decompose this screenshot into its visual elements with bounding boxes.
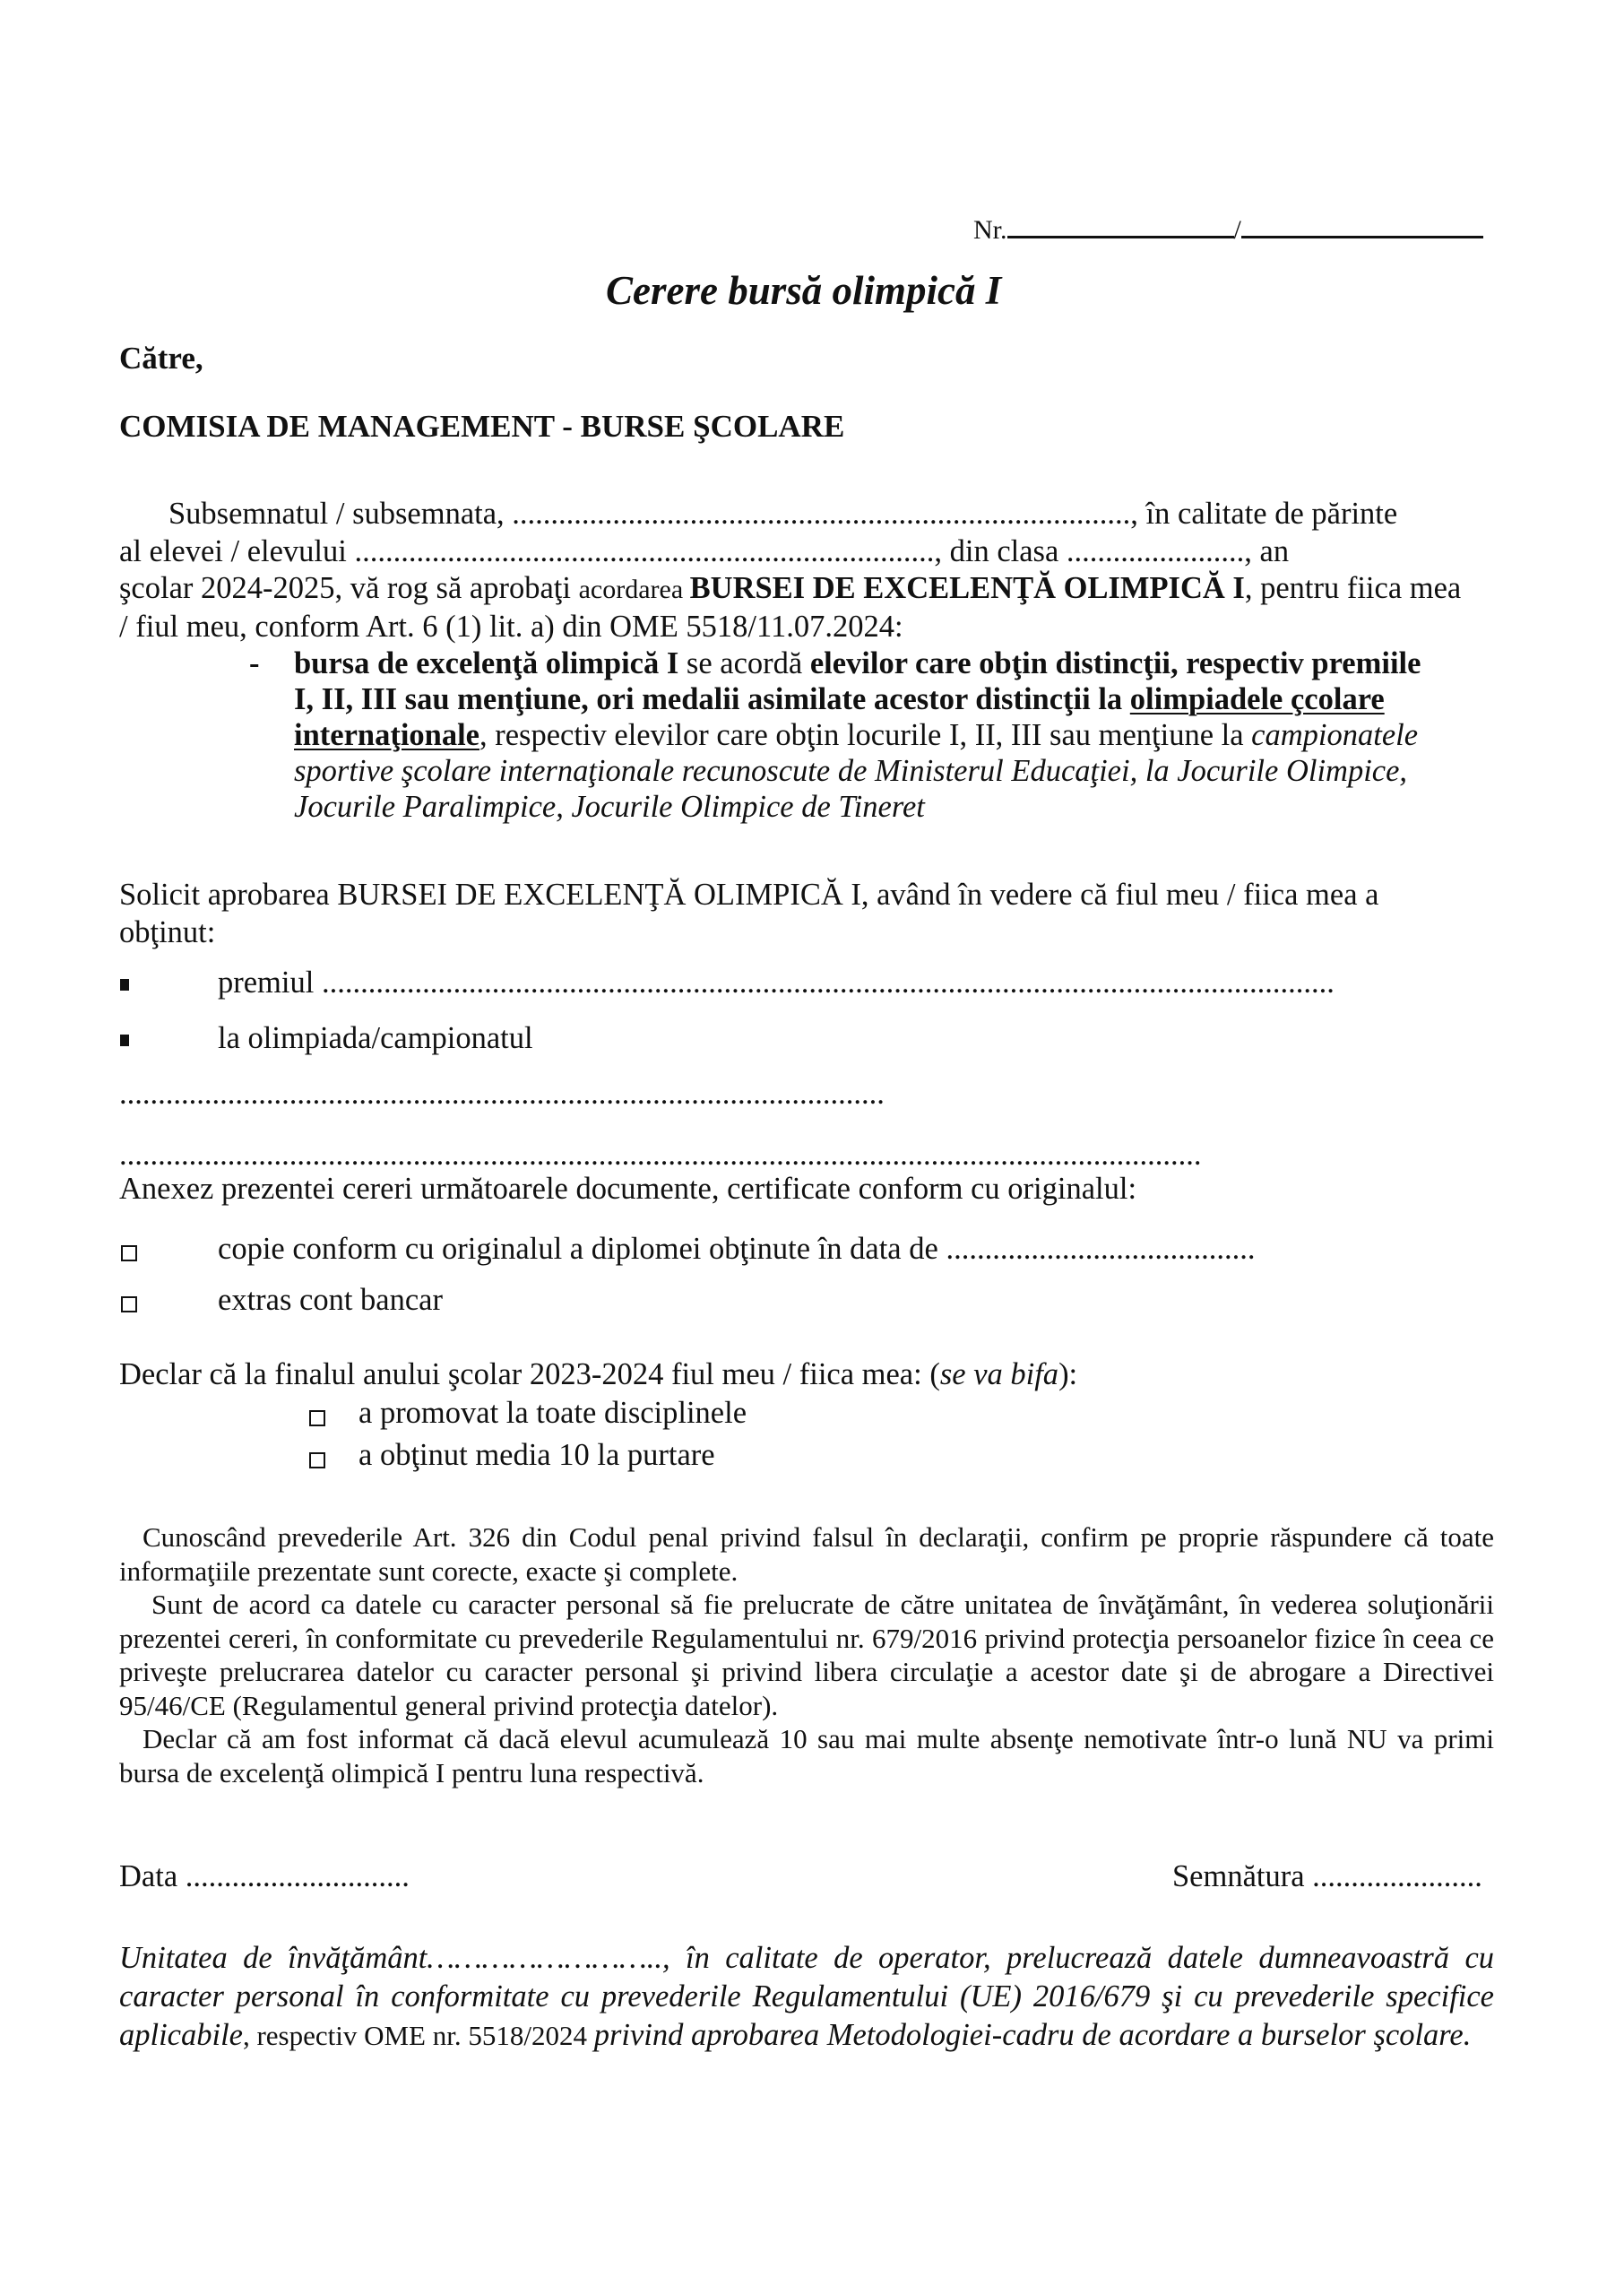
- olympiad-label: la olimpiada/campionatul: [218, 1020, 533, 1058]
- date-row: Data .............................: [119, 1858, 410, 1896]
- intro-line-2: al elevei / elevului ...................…: [119, 533, 1461, 571]
- date-field[interactable]: [1241, 212, 1483, 238]
- square-bullet-icon: [120, 1035, 129, 1046]
- request-paragraph: Solicit aprobarea BURSEI DE EXCELENŢĂ OL…: [119, 877, 1378, 951]
- intro-line-1: Subsemnatul / subsemnata, ..............…: [119, 496, 1461, 533]
- promoted-label: a promovat la toate disciplinele: [358, 1395, 747, 1433]
- registration-number: Nr./: [973, 212, 1483, 249]
- legal-text: Cunoscând prevederile Art. 326 din Codul…: [119, 1520, 1494, 1789]
- conduct-label: a obţinut media 10 la purtare: [358, 1437, 715, 1475]
- gdpr-note: Unitatea de învăţământ…………………….., în cal…: [119, 1939, 1494, 2055]
- nr-separator: /: [1234, 215, 1241, 245]
- page-title: Cerere bursă olimpică I: [606, 267, 1001, 314]
- promoted-checkbox[interactable]: [309, 1410, 325, 1426]
- olympiad-field-1[interactable]: ........................................…: [119, 1076, 885, 1113]
- criteria-block: bursa de excelenţă olimpică I se acordă …: [294, 645, 1421, 825]
- date-field[interactable]: .............................: [186, 1859, 410, 1893]
- declaration-line: Declar că la finalul anului şcolar 2023-…: [119, 1356, 1077, 1394]
- nr-label: Nr.: [973, 215, 1007, 245]
- absence-statement: Declar că am fost informat că dacă elevu…: [119, 1722, 1494, 1789]
- intro-paragraph: Subsemnatul / subsemnata, ..............…: [119, 496, 1461, 645]
- intro-line-4: / fiul meu, conform Art. 6 (1) lit. a) d…: [119, 609, 1461, 646]
- parent-name-field[interactable]: ........................................…: [512, 497, 1130, 531]
- penal-statement: Cunoscând prevederile Art. 326 din Codul…: [119, 1520, 1494, 1588]
- attachment-checkbox-bank[interactable]: [121, 1296, 137, 1312]
- school-name-field[interactable]: ……………………..: [427, 1941, 662, 1975]
- signature-field[interactable]: ......................: [1312, 1859, 1482, 1893]
- student-name-field[interactable]: ........................................…: [354, 534, 934, 568]
- intro-line-3: şcolar 2024-2025, vă rog să aprobaţi aco…: [119, 570, 1461, 609]
- attachment-diploma: copie conform cu originalul a diplomei o…: [218, 1231, 1255, 1269]
- addressee: COMISIA DE MANAGEMENT - BURSE ŞCOLARE: [119, 409, 844, 445]
- olympiad-field-2[interactable]: ........................................…: [119, 1137, 1202, 1174]
- attachments-intro: Anexez prezentei cereri următoarele docu…: [119, 1171, 1136, 1208]
- attachment-checkbox-diploma[interactable]: [121, 1245, 137, 1261]
- gdpr-consent: Sunt de acord ca datele cu caracter pers…: [119, 1588, 1494, 1722]
- conduct-checkbox[interactable]: [309, 1452, 325, 1468]
- award-field[interactable]: ........................................…: [322, 966, 1335, 1000]
- attachment-bank: extras cont bancar: [218, 1282, 443, 1320]
- to-label: Către,: [119, 341, 203, 377]
- square-bullet-icon: [120, 979, 129, 991]
- nr-field[interactable]: [1007, 212, 1234, 238]
- class-field[interactable]: .......................: [1067, 534, 1244, 568]
- criteria-dash: -: [249, 645, 260, 683]
- diploma-date-field[interactable]: ........................................: [946, 1232, 1255, 1266]
- signature-row: Semnătura ......................: [1172, 1858, 1482, 1896]
- award-field-row: premiul ................................…: [218, 965, 1335, 1002]
